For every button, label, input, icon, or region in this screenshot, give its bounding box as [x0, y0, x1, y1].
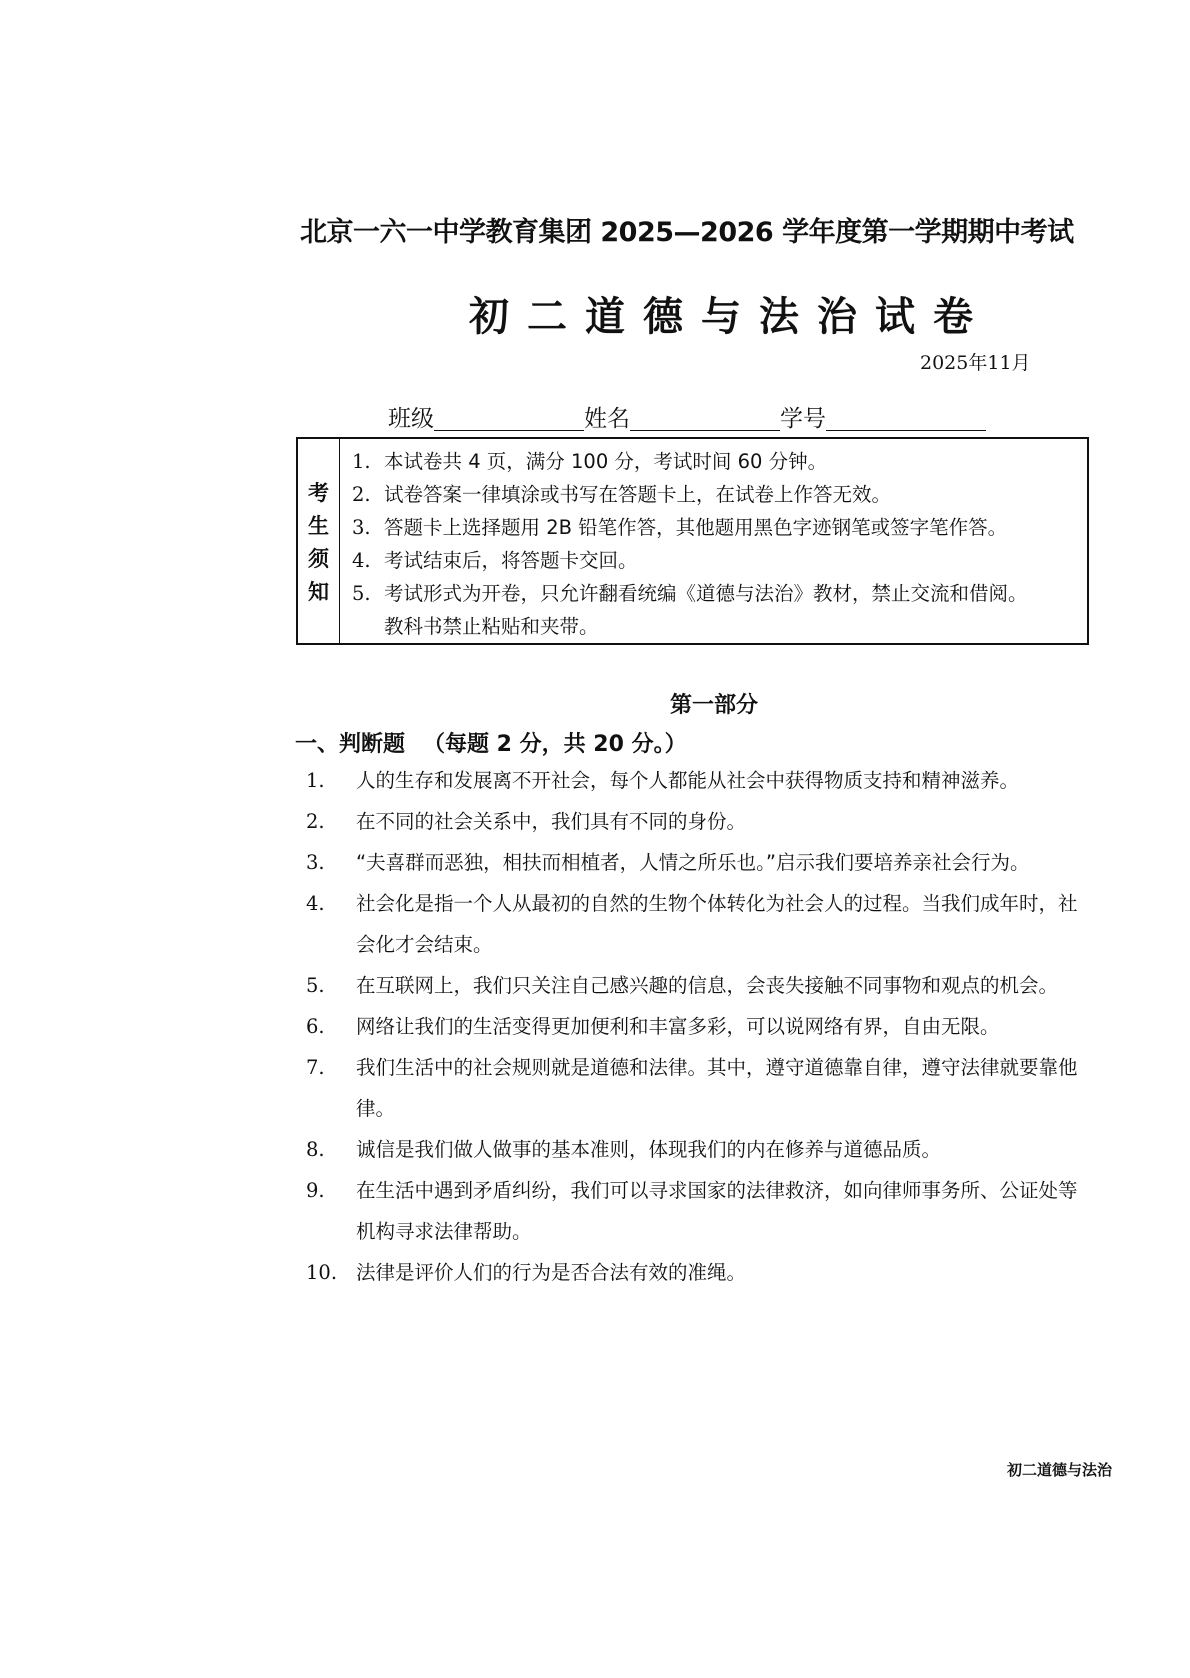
question-text: 我们生活中的社会规则就是道德和法律。其中，遵守道德靠自律，遵守法律就要靠他: [356, 1055, 1156, 1081]
student-id-label: 学号: [780, 400, 826, 433]
notice-heading-char: 考: [308, 477, 329, 510]
notice-item-number: 3.: [352, 511, 384, 544]
question-text: 在互联网上，我们只关注自己感兴趣的信息，会丧失接触不同事物和观点的机会。: [356, 973, 1156, 999]
notice-item-number: 4.: [352, 544, 384, 577]
question-item: 6. 网络让我们的生活变得更加便利和丰富多彩，可以说网络有界，自由无限。: [306, 1014, 1156, 1040]
question-text-continuation: 律。: [356, 1096, 1156, 1122]
question-item: 10. 法律是评价人们的行为是否合法有效的准绳。: [306, 1260, 1156, 1286]
class-field[interactable]: [434, 406, 584, 431]
question-item: 9. 在生活中遇到矛盾纠纷，我们可以寻求国家的法律救济，如向律师事务所、公证处等…: [306, 1178, 1156, 1245]
student-id-field[interactable]: [826, 406, 986, 431]
exam-title: 北京一六一中学教育集团 2025—2026 学年度第一学期期中考试: [300, 210, 1150, 249]
page-footer-subject: 初二道德与法治: [1007, 1459, 1112, 1480]
question-item: 1. 人的生存和发展离不开社会，每个人都能从社会中获得物质支持和精神滋养。: [306, 768, 1156, 794]
question-text: 在生活中遇到矛盾纠纷，我们可以寻求国家的法律救济，如向律师事务所、公证处等: [356, 1178, 1156, 1204]
notice-item-text: 考试形式为开卷，只允许翻看统编《道德与法治》教材，禁止交流和借阅。: [384, 577, 1028, 610]
student-info-fields: 班级 姓名 学号: [388, 400, 986, 433]
notice-item: 2. 试卷答案一律填涂或书写在答题卡上，在试卷上作答无效。: [352, 478, 1087, 511]
question-text: 社会化是指一个人从最初的自然的生物个体转化为社会人的过程。当我们成年时，社: [356, 891, 1156, 917]
question-item: 7. 我们生活中的社会规则就是道德和法律。其中，遵守道德靠自律，遵守法律就要靠他…: [306, 1055, 1156, 1122]
notice-item-continuation: 教科书禁止粘贴和夹带。: [352, 610, 1087, 643]
question-text-continuation: 会化才会结束。: [356, 932, 1156, 958]
question-number: 7.: [306, 1055, 356, 1122]
exam-date: 2025年11月: [920, 348, 1031, 375]
question-number: 8.: [306, 1137, 356, 1163]
class-label: 班级: [388, 400, 434, 433]
question-text: “夫喜群而恶独，相扶而相植者，人情之所乐也。”启示我们要培养亲社会行为。: [356, 850, 1156, 876]
notice-item-text: 答题卡上选择题用 2B 铅笔作答，其他题用黑色字迹钢笔或签字笔作答。: [384, 511, 1007, 544]
exam-notice-box: 考 生 须 知 1. 本试卷共 4 页，满分 100 分，考试时间 60 分钟。…: [296, 437, 1089, 645]
question-text: 网络让我们的生活变得更加便利和丰富多彩，可以说网络有界，自由无限。: [356, 1014, 1156, 1040]
notice-item-number: 2.: [352, 478, 384, 511]
question-number: 3.: [306, 850, 356, 876]
notice-item-text: 考试结束后，将答题卡交回。: [384, 544, 638, 577]
section-title: 一、判断题: [295, 732, 405, 757]
notice-item: 4. 考试结束后，将答题卡交回。: [352, 544, 1087, 577]
section-points: （每题 2 分，共 20 分。）: [423, 732, 687, 757]
notice-item-number: 5.: [352, 577, 384, 610]
notice-heading: 考 生 须 知: [298, 439, 340, 643]
notice-heading-char: 生: [308, 510, 329, 543]
question-number: 2.: [306, 809, 356, 835]
question-number: 5.: [306, 973, 356, 999]
name-label: 姓名: [584, 400, 630, 433]
notice-heading-char: 须: [308, 543, 329, 576]
question-number: 9.: [306, 1178, 356, 1245]
question-text-continuation: 机构寻求法律帮助。: [356, 1219, 1156, 1245]
part-title: 第一部分: [670, 688, 758, 719]
notice-item: 5. 考试形式为开卷，只允许翻看统编《道德与法治》教材，禁止交流和借阅。: [352, 577, 1087, 610]
question-number: 10.: [306, 1260, 356, 1286]
question-item: 5. 在互联网上，我们只关注自己感兴趣的信息，会丧失接触不同事物和观点的机会。: [306, 973, 1156, 999]
notice-item-text: 试卷答案一律填涂或书写在答题卡上，在试卷上作答无效。: [384, 478, 891, 511]
notice-item-number: 1.: [352, 445, 384, 478]
question-text: 在不同的社会关系中，我们具有不同的身份。: [356, 809, 1156, 835]
notice-item: 3. 答题卡上选择题用 2B 铅笔作答，其他题用黑色字迹钢笔或签字笔作答。: [352, 511, 1087, 544]
notice-item-text: 本试卷共 4 页，满分 100 分，考试时间 60 分钟。: [384, 445, 827, 478]
question-text: 诚信是我们做人做事的基本准则，体现我们的内在修养与道德品质。: [356, 1137, 1156, 1163]
question-number: 1.: [306, 768, 356, 794]
notice-item: 1. 本试卷共 4 页，满分 100 分，考试时间 60 分钟。: [352, 445, 1087, 478]
notice-list: 1. 本试卷共 4 页，满分 100 分，考试时间 60 分钟。 2. 试卷答案…: [340, 439, 1087, 643]
exam-subject-title: 初二道德与法治试卷: [380, 285, 1080, 342]
question-list: 1. 人的生存和发展离不开社会，每个人都能从社会中获得物质支持和精神滋养。 2.…: [306, 768, 1156, 1301]
question-text: 人的生存和发展离不开社会，每个人都能从社会中获得物质支持和精神滋养。: [356, 768, 1156, 794]
question-item: 3. “夫喜群而恶独，相扶而相植者，人情之所乐也。”启示我们要培养亲社会行为。: [306, 850, 1156, 876]
question-item: 2. 在不同的社会关系中，我们具有不同的身份。: [306, 809, 1156, 835]
question-item: 4. 社会化是指一个人从最初的自然的生物个体转化为社会人的过程。当我们成年时，社…: [306, 891, 1156, 958]
question-text: 法律是评价人们的行为是否合法有效的准绳。: [356, 1260, 1156, 1286]
name-field[interactable]: [630, 406, 780, 431]
notice-heading-char: 知: [308, 576, 329, 609]
question-item: 8. 诚信是我们做人做事的基本准则，体现我们的内在修养与道德品质。: [306, 1137, 1156, 1163]
section-heading: 一、判断题（每题 2 分，共 20 分。）: [295, 727, 687, 758]
question-number: 4.: [306, 891, 356, 958]
question-number: 6.: [306, 1014, 356, 1040]
